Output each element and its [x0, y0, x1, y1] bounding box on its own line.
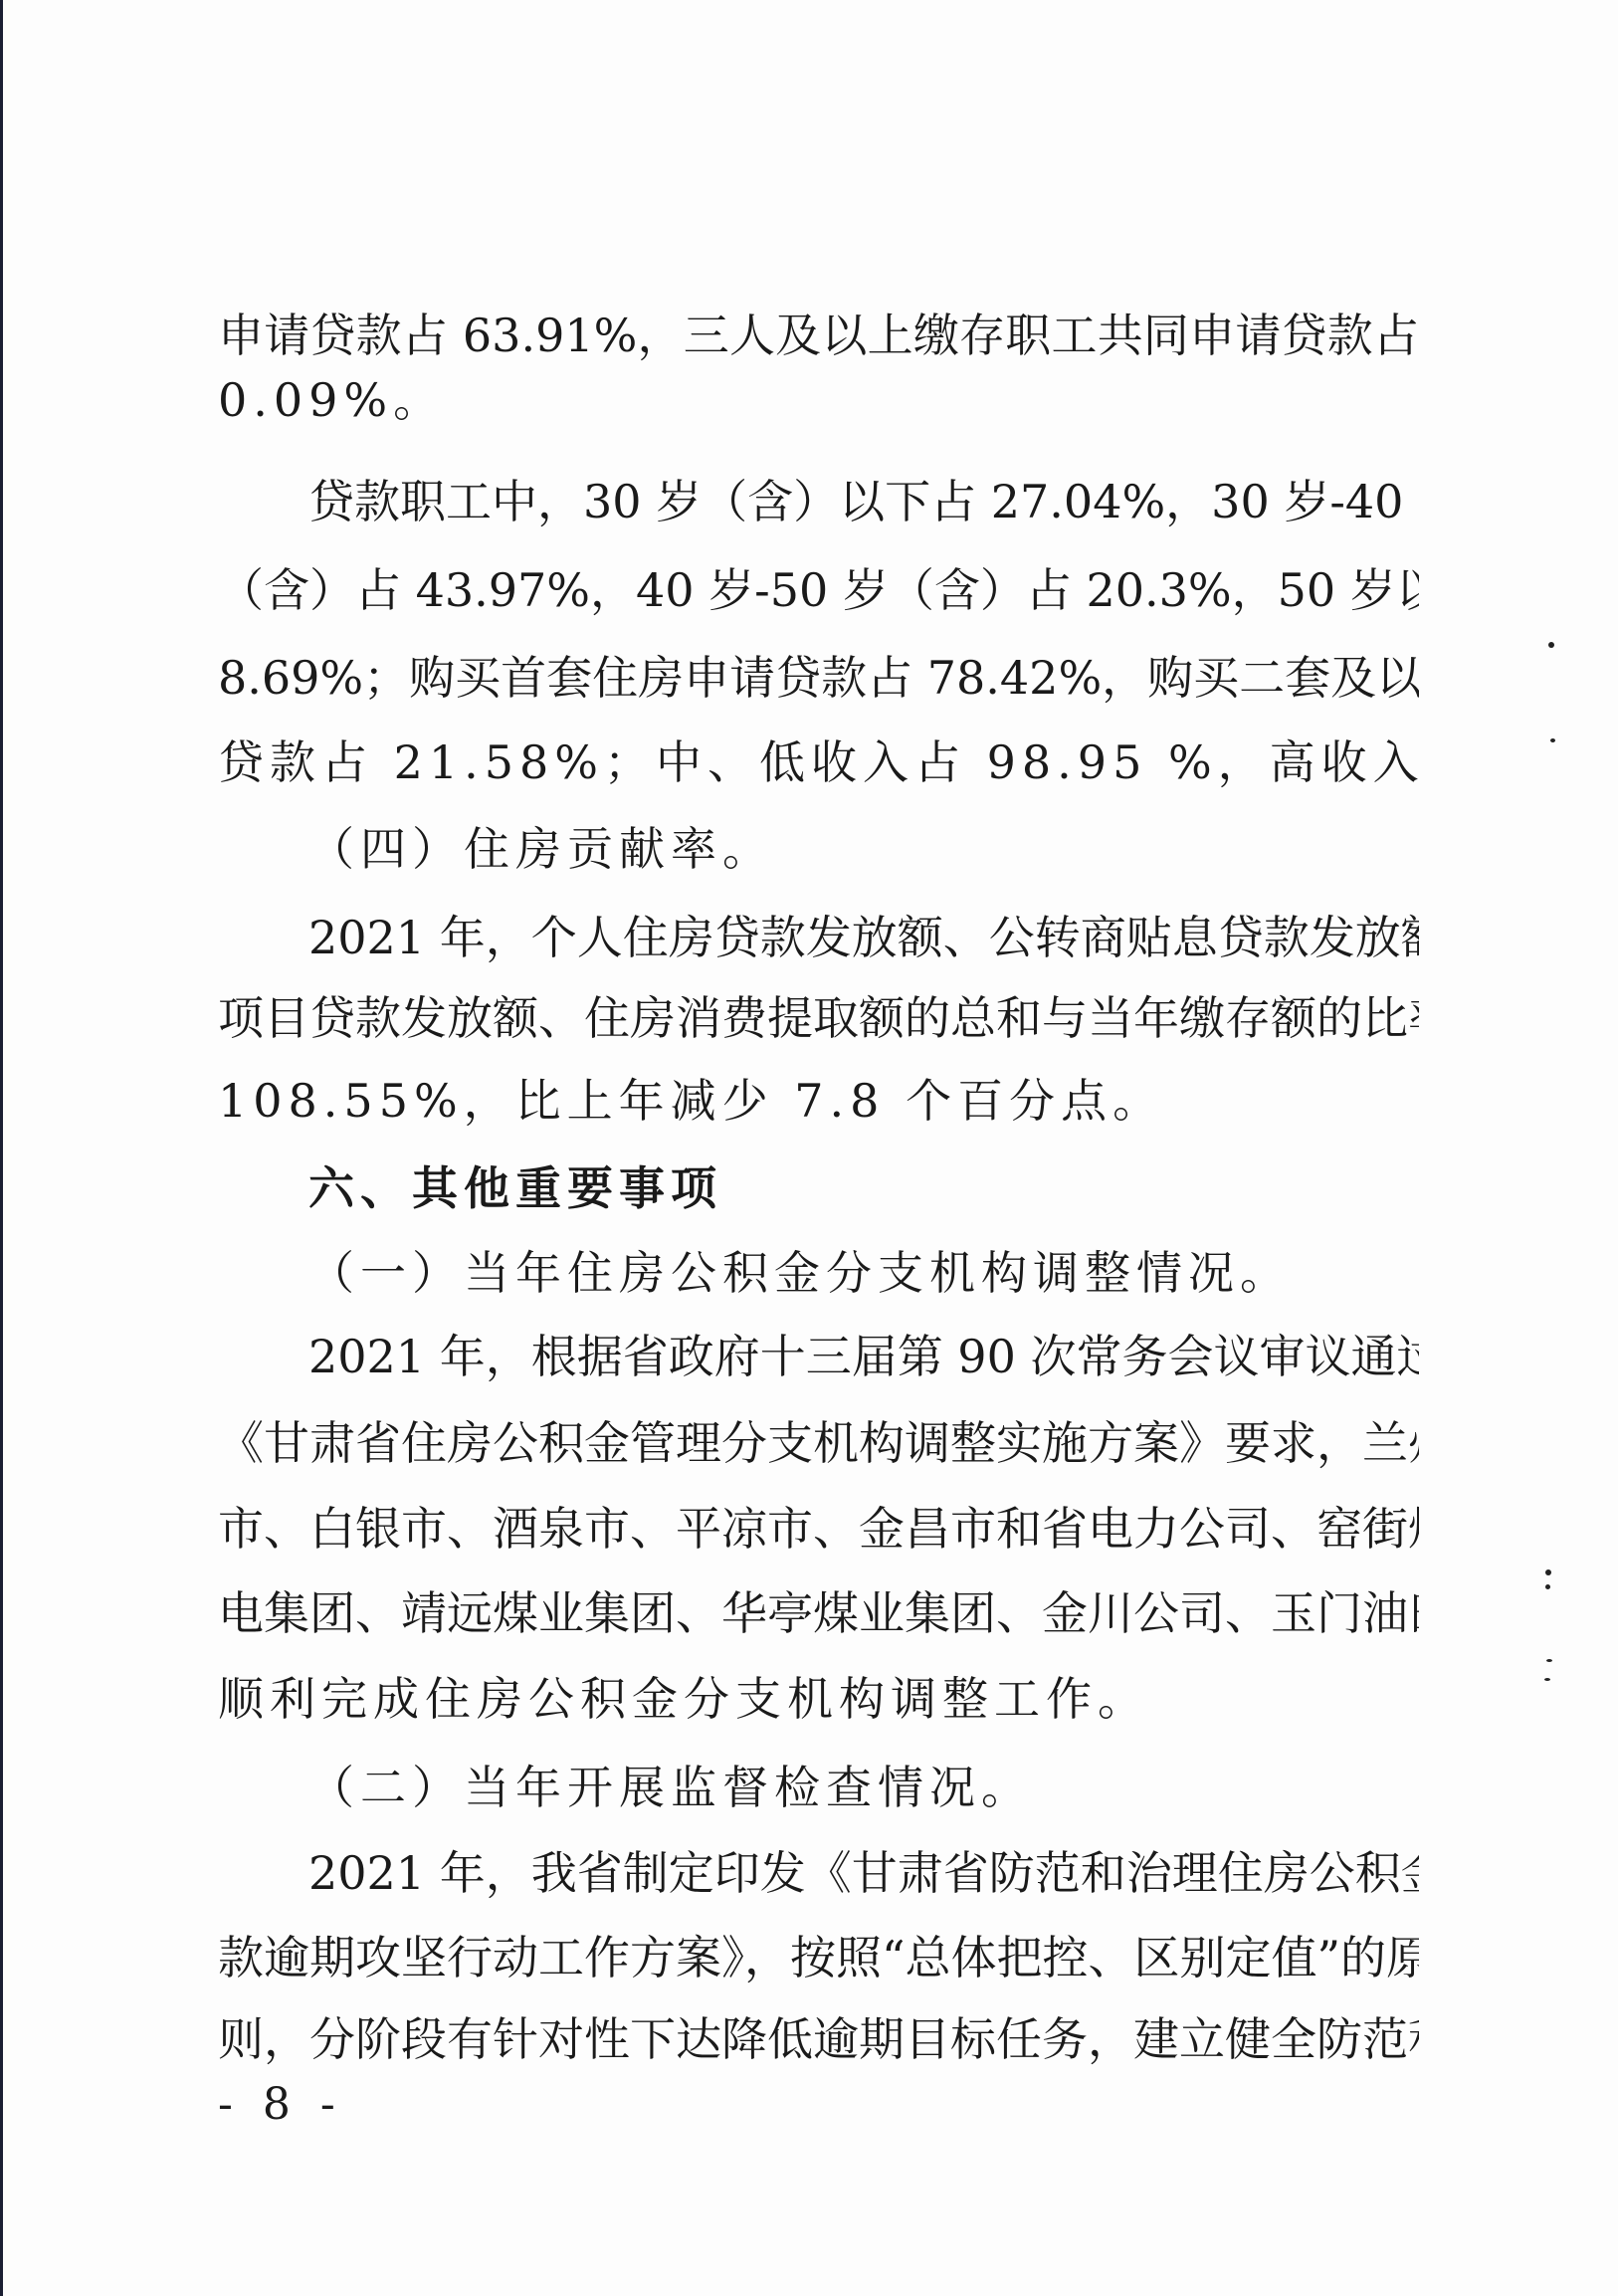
text-line: 贷款职工中，30 岁（含）以下占 27.04%，30 岁-40 岁	[308, 472, 1419, 531]
text-line: 贷款占 21.58%；中、低收入占 98.95 %，高收入占 1.05%。	[218, 732, 1419, 792]
scan-edge	[0, 0, 3, 2296]
scan-mark	[1546, 1659, 1552, 1662]
scan-mark	[1545, 1584, 1550, 1589]
page-number: - 8 -	[218, 2075, 343, 2135]
subsection-heading: （一）当年住房公积金分支机构调整情况。	[308, 1243, 1419, 1303]
scan-mark	[1544, 1678, 1550, 1681]
text-line: 市、白银市、酒泉市、平凉市、金昌市和省电力公司、窑街煤	[218, 1499, 1419, 1559]
scan-mark	[1545, 1569, 1551, 1575]
subsection-heading: （二）当年开展监督检查情况。	[308, 1758, 1419, 1817]
text-line: 款逾期攻坚行动工作方案》，按照“总体把控、区别定值”的原	[218, 1928, 1419, 1987]
text-line: 108.55%，比上年减少 7.8 个百分点。	[218, 1071, 1419, 1131]
subsection-heading: （四）住房贡献率。	[308, 819, 1419, 879]
text-line: 项目贷款发放额、住房消费提取额的总和与当年缴存额的比率为	[218, 988, 1419, 1048]
text-line: （含）占 43.97%，40 岁-50 岁（含）占 20.3%，50 岁以上占	[218, 560, 1419, 620]
text-line: 电集团、靖远煤业集团、华亭煤业集团、金川公司、玉门油田	[218, 1583, 1419, 1643]
text-line: 8.69%；购买首套住房申请贷款占 78.42%，购买二套及以上申请	[218, 648, 1419, 708]
section-heading: 六、其他重要事项	[308, 1158, 1419, 1218]
text-line: 申请贷款占 63.91%，三人及以上缴存职工共同申请贷款占	[218, 306, 1419, 365]
text-line: 0.09%。	[218, 370, 1419, 430]
text-line: 《甘肃省住房公积金管理分支机构调整实施方案》要求，兰州	[218, 1413, 1419, 1473]
text-line: 顺利完成住房公积金分支机构调整工作。	[218, 1669, 1419, 1729]
text-line: 则，分阶段有针对性下达降低逾期目标任务，建立健全防范和治	[218, 2009, 1419, 2069]
scan-mark	[1548, 642, 1554, 648]
scan-mark	[1550, 738, 1555, 742]
text-line: 2021 年，我省制定印发《甘肃省防范和治理住房公积金贷	[308, 1843, 1419, 1903]
text-line: 2021 年，根据省政府十三届第 90 次常务会议审议通过的	[308, 1327, 1419, 1386]
text-line: 2021 年，个人住房贷款发放额、公转商贴息贷款发放额、	[308, 908, 1419, 967]
